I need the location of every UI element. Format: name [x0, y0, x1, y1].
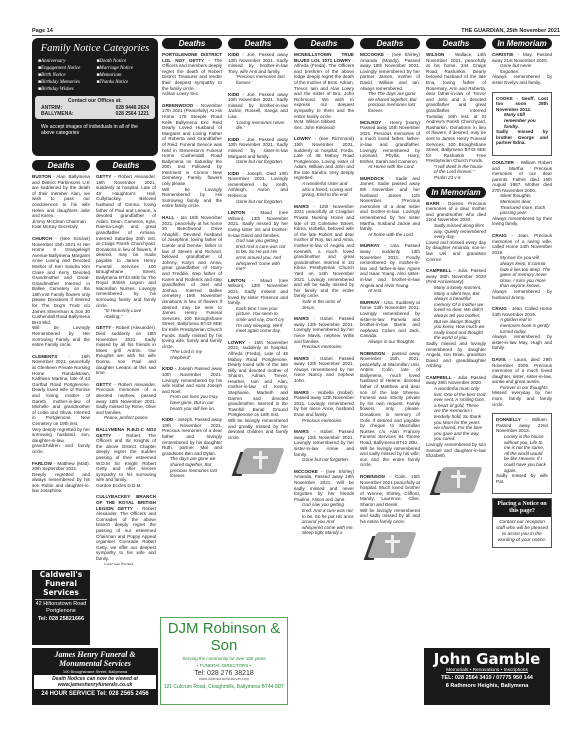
james-henry-ad: James Henry Funeral & Monumental Service…: [32, 648, 158, 705]
notice-name: CRAIG: [492, 306, 507, 311]
category-item: Birthday Memories: [38, 79, 97, 86]
notice-verse: Lest we forget.: [96, 562, 156, 565]
placing-body: Contact our reception staff who will be …: [493, 517, 551, 547]
notice: LINTON - Maud (nee Wilson). 13th Novembe…: [228, 278, 288, 334]
notice-name: GETTY: [96, 382, 111, 387]
section-header-deaths: Deaths: [360, 38, 420, 49]
notice-name: MAIRS: [294, 356, 309, 361]
notice-signoff: Always remembered by sister-in-law May, …: [492, 334, 552, 351]
notice-name: CHRISTIE: [492, 52, 513, 57]
notice: MURRAY - Una. Passed away suddenly 13th …: [360, 243, 420, 293]
notice-signoff: Gordon Eccles D.D.M: [96, 483, 156, 489]
notice: LOWRY - (nee Richmond) 15th November 202…: [294, 136, 354, 198]
column-3: DeathsPORTGLENONE DISTRICT LOL NO7 GETTY…: [162, 38, 222, 613]
bible-icon: [234, 446, 282, 478]
notice-verse: God saw you getting tired And a cure was…: [228, 238, 288, 272]
notice-signoff: Always remembered by their loving family…: [492, 216, 552, 227]
notice: CRAIG - Jean. Called Home 24th November …: [492, 306, 552, 351]
page-header: Page 14 THE GUARDIAN, 25th November 2021: [32, 26, 560, 36]
notice-name: MCCOOKE: [294, 469, 318, 474]
notice-text: - William Robert and Martha. Precious me…: [492, 160, 552, 193]
notice: DONNELLY - William. Passed away 22nd Nov…: [496, 417, 548, 484]
category-item: Memoriam: [97, 72, 156, 79]
ad-title: Caldwell's: [32, 570, 90, 579]
notice: GETTY - Robert Alexander. 18th November …: [96, 174, 156, 319]
notice-text: - 12th November 2021 peacefully at Craig…: [294, 204, 354, 299]
notice-name: COOKE: [496, 96, 513, 101]
section-header-deaths: Deaths: [426, 38, 486, 49]
cooke-notice-box: COOKE - Geoff. Lost too soon 28th Novemb…: [492, 92, 552, 156]
ad-title: Funeral: [32, 579, 90, 588]
notice-verse: Sadly missed along life's way, Quietly r…: [426, 223, 486, 240]
ad-title: Services: [32, 588, 90, 597]
notice: GETTY - Robert Alexander. Precious memor…: [96, 382, 156, 421]
notice-name: MCNEILLSTOWN TRUE BLUES LOL 1071 LOWRY: [294, 52, 354, 63]
notice: CULLYBACKEY BRANCH OF THE ROYAL BRITISH …: [96, 494, 156, 565]
notice: FARLOW - Matthew (Matt). 20th September …: [32, 461, 90, 495]
column-1: DeathsBUSTON - Alan. Ballymena and Distr…: [32, 160, 90, 565]
notice-name: HALL: [162, 215, 174, 220]
notice-verse: 'Precious memories last forever.': [228, 74, 288, 85]
notice: BUSTON - Alan. Ballymena and District Pa…: [32, 174, 90, 230]
notice-text: - (nee Richmond) 15th November 2021, sud…: [294, 136, 354, 180]
ad-phone: Tel: 028 276 38218: [163, 670, 285, 677]
bible-icon: [432, 465, 480, 497]
notice-name: KIDD: [228, 52, 239, 57]
notice-name: CHURCH: [32, 236, 52, 241]
notice-verse: Safe in the arms of Jesus.: [294, 299, 354, 310]
notice: KIDD - Joe. Passed away 10th November 20…: [228, 137, 288, 165]
notice: KIDD - Joseph Passed away 10th November …: [162, 366, 222, 411]
notice: ROBINSON - Colin. 15th November 2021 pea…: [360, 474, 420, 524]
notice-name: MAIRS: [294, 204, 309, 209]
categories-title: Family Notice Categories: [35, 43, 155, 54]
notice-verse: Precious memories.: [294, 344, 354, 350]
notice: MAIRS - 12th November 2021 peacefully at…: [294, 204, 354, 310]
notice-text: - Una. Suddenly at home 13th November 20…: [360, 300, 420, 339]
notice-name: CRAIG: [492, 233, 507, 238]
notice-signoff: Always remembered by husband Jimmy.: [492, 289, 552, 300]
notice-signoff: Sadly missed and lovingly remembered by …: [426, 341, 486, 369]
notice-name: CLEMENTS: [32, 354, 57, 359]
notice-text: - Una. Passed away suddenly 13th Novembe…: [360, 243, 420, 287]
notice-name: WILSON: [426, 52, 444, 57]
category-item: Marriage Notice: [97, 65, 156, 72]
notice: KIDD - Joe. Passed away 10th November 20…: [228, 52, 288, 86]
notice-verse: Gone but never forgotten.: [492, 63, 552, 74]
notice: MAIRS - Isobella (Isobel). Passed away 1…: [294, 390, 354, 424]
notice-name: GREENWOOD: [162, 103, 193, 108]
column-7: DeathsWILSON - Wallace, 14th November 20…: [426, 38, 486, 643]
notice-verse: The days are gone we shared together, Bu…: [162, 456, 222, 478]
section-header-memoriam: In Memoriam: [492, 38, 552, 49]
donnelly-notice-box: DONNELLY - William. Passed away 22nd Nov…: [492, 413, 552, 494]
category-item: Anniversary: [38, 58, 97, 65]
notice: MAIRS - Isobel. Passed away 12th Novembe…: [294, 429, 354, 463]
notice: MURRAY - Una. Suddenly at home 13th Nove…: [360, 300, 420, 345]
notice: MCCOOKE - (nee Shirley) Amanda (Mandy). …: [360, 52, 420, 114]
ad-title: James Henry Funeral & Monumental Service…: [34, 650, 156, 668]
notice-name: FARLOW: [32, 461, 52, 466]
ad-address: 8 Rathmore Heights, Ballymena: [426, 683, 548, 689]
notice: BALLYMENA R.B.D.C NO2 GETTY - Robert. Th…: [96, 427, 156, 489]
caldwells-ad: Caldwell's Funeral Services 42 Hiltonsto…: [32, 570, 90, 645]
notice: COOKE - Geoff. Lost too soon 28th Novemb…: [496, 96, 548, 146]
placing-title: Placing a Notice on this page?: [493, 499, 551, 517]
notice-text: - passed away November 15th, 2021, peace…: [360, 351, 420, 446]
notice: LOWRY - 15th November 2021, suddenly at …: [228, 340, 288, 441]
category-item: Birth Notice: [38, 72, 97, 79]
ad-phone: 24 HOUR SERVICE Tel: 028 2565 2456: [34, 691, 156, 697]
notice: KIDD - Joseph. Passed away 10th November…: [162, 417, 222, 479]
notice-name: DAVIS: [492, 357, 506, 362]
notice: GREENWOOD - November 17th 2021 (Peaceful…: [162, 103, 222, 209]
notice-signoff: Will be Lovingly Remembered by His Sorro…: [162, 187, 222, 209]
category-item: Birthday Wishes: [38, 86, 97, 93]
notice-signoff: Jimmy McClean Chairman Kate McKay Secret…: [32, 219, 90, 230]
notice-name: MAIRS: [294, 316, 309, 321]
notice-text: - The Officers and members deeply regret…: [162, 58, 222, 91]
notice-signoff: Sadly missed by brother George and partn…: [496, 129, 548, 146]
images-note: We accept images of individuals in all o…: [35, 122, 155, 138]
notice: PORTGLENONE DISTRICT LOL NO7 GETTY - The…: [162, 52, 222, 97]
notice: LINTON - Maud (nee Wilson). 13th Novembe…: [228, 210, 288, 272]
notice-signoff: Adrian Lowry Sec.: [162, 91, 222, 97]
notice: CHRISTIE - May. Passed away 21st Novembe…: [492, 52, 552, 86]
notice-verse: Many a lonely moment, Many a silent tear…: [426, 285, 486, 341]
notice-name: LINTON: [228, 278, 245, 283]
column-2: DeathsGETTY - Robert Alexander. 18th Nov…: [96, 160, 156, 565]
notice-name: ROBINSON: [360, 474, 385, 479]
category-item: Engagement Notice: [38, 65, 97, 72]
notice-verse: At rest.: [360, 288, 420, 294]
notice-verse: At Home with the Lord.: [360, 164, 420, 170]
notice: BARR - Doreen. Precious memories of a de…: [426, 201, 486, 263]
office-tel: 028 2564 1221: [116, 111, 149, 117]
notice-name: KIDD: [162, 366, 173, 371]
notice-text: - (Nee Sinclair) November 15th 2021 At H…: [32, 236, 90, 325]
masthead-date: THE GUARDIAN, 25th November 2021: [461, 28, 560, 34]
notice-signoff: Missed everyday by her mum, family and f…: [492, 390, 552, 407]
notice: KIDD - Joseph. Died 10th November 2021. …: [228, 171, 288, 205]
notice-name: CAMPBELL: [426, 375, 452, 380]
ad-address: 100 Broughshane Street, Ballymena: [34, 669, 156, 674]
notice-name: GETTY: [96, 325, 111, 330]
notice-verse: Always in our thoughts.: [360, 339, 420, 345]
notice-verse: God saw you getting tired. And a cure wa…: [294, 502, 354, 536]
office-name: BALLYMENA:: [41, 111, 74, 117]
notice-text: - 15th November 2021, suddenly at hospit…: [228, 340, 288, 418]
notice-verse: "The Lord is my shepherd": [162, 349, 222, 360]
notice: MURDOCK - Sadie and James. Sadie passed …: [360, 176, 420, 238]
notice: CAMPBELL - Julia. Passed away 28th Novem…: [426, 268, 486, 369]
notice-text: - Wallace, 14th November 2021, peacefull…: [426, 52, 486, 163]
notice-text: - Robert (Alexander). Died suddenly on 1…: [96, 325, 156, 375]
notice-name: MCILROY: [360, 120, 381, 125]
notice-text: - Robert Alexander. 18th November 2021, …: [96, 174, 156, 308]
notice-name: LOWRY: [228, 340, 245, 345]
notice: KIDD - Joe. Passed away 10th November 20…: [228, 92, 288, 131]
notice-verse: 'Loving memories never die.': [228, 120, 288, 131]
ad-website[interactable]: Death Notices can now be viewed at www.j…: [34, 675, 156, 689]
category-list: Anniversary Death Notice Engagement Noti…: [35, 58, 155, 93]
notice-text: - Robert. The Officers and Sir Knights o…: [96, 433, 156, 483]
ad-address: 42 Hiltonstown Road Portglenone: [35, 599, 87, 614]
notice-text: - Colin. 15th November 2021 peacefully a…: [360, 474, 420, 507]
notice-text: - Ian 16th November 2021, peacefully at …: [162, 215, 222, 349]
notice-name: LOWRY: [294, 136, 311, 141]
column-6: DeathsMCCOOKE - (nee Shirley) Amanda (Ma…: [360, 38, 420, 703]
notice-text: - (nee Shirley) Amanda (Mandy). Passed a…: [360, 52, 420, 91]
notice-text: - Henry (Harry) Passed away 15th Novembe…: [360, 120, 420, 164]
column-4: DeathsKIDD - Joe. Passed away 10th Novem…: [228, 38, 288, 703]
notice: MAIRS - Isobel. Passed away 12th Novembe…: [294, 316, 354, 350]
notice-name: ROBINSON: [360, 351, 385, 356]
notice: WILSON - Wallace, 14th November 2021, pe…: [426, 52, 486, 181]
notice-name: MURDOCK: [360, 176, 384, 181]
notice-name: MCCOOKE: [360, 52, 384, 57]
section-header-memoriam: In Memoriam: [426, 187, 486, 198]
notice: MAIRS - Isobel. Passed away 12th Novembe…: [294, 356, 354, 384]
notice-text: - (nee Shirley) Amanda. Passed away 18th…: [294, 469, 354, 502]
notice-text: - Joseph. Passed away 10th November 2021…: [162, 417, 222, 456]
notice-name: DONNELLY: [496, 417, 521, 422]
ad-subtitle: Memorials • Renovations • Inscriptions: [426, 668, 548, 673]
notice-name: BUSTON: [32, 174, 51, 179]
notice-text: - Robert Alexander. The Officers and Com…: [96, 506, 156, 561]
category-item: Death Notice: [97, 58, 156, 65]
notice-verse: Many still remember you fondly.: [496, 112, 548, 129]
ad-phone: TEL: 028 2564 3419 / 07775 950 144: [426, 675, 548, 681]
notice-verse: Peace, perfect peace.: [96, 415, 156, 421]
office-ballymena: BALLYMENA:028 2564 1221: [41, 111, 149, 117]
notice-verse: A wonderful mum only lent, One of the be…: [426, 386, 486, 442]
notice-name: BARR: [426, 201, 439, 206]
notice-signoff: Deeply regretted and always remembered b…: [32, 472, 90, 494]
notice-signoff: Loved and missed every day by daughter A…: [426, 240, 486, 262]
section-header-deaths: Deaths: [228, 38, 288, 49]
notice: COULTER - William Robert and Martha. Pre…: [492, 160, 552, 227]
notice: CHURCH - (Nee Sinclair) November 15th 20…: [32, 236, 90, 348]
notice-verse: A golden leaf in memories book is gently…: [492, 317, 552, 334]
notice-verse: My love for you will always keep, It can…: [492, 255, 552, 289]
notice-verse: Gone but not forgotten.: [228, 199, 288, 205]
notice-text: - Alfreda (Freda). The Officers and bret…: [294, 58, 354, 119]
ad-subtitle: • FUNERAL DIRECTORS •: [163, 663, 285, 668]
notice-name: MAIRS: [294, 429, 309, 434]
notice-verse: Gone but not forgotten.: [294, 457, 354, 463]
notice-name: KIDD: [228, 92, 239, 97]
notice-name: MURRAY: [360, 243, 380, 248]
notice-name: KIDD: [228, 137, 239, 142]
section-header-deaths: Deaths: [294, 38, 354, 49]
notice-verse: Silent thoughts, Memories dear, Treasure…: [492, 193, 552, 215]
placing-notice-box: Placing a Notice on this page?Contact ou…: [492, 498, 552, 548]
notice-signoff: Always remembered by sister Evelyn and f…: [492, 74, 552, 85]
djm-robinson-ad: DJM Robinson & Son Serving the community…: [160, 617, 288, 705]
notice-signoff: Will be Lovingly Remembered by Her Sorro…: [32, 325, 90, 347]
ad-phone: Tel: 028 25821666: [32, 616, 90, 622]
notice-text: - November 17th 2021 (Peacefully) At His…: [162, 103, 222, 186]
notice-name: LINTON: [228, 210, 245, 215]
notice-verse: At home with the Lord.: [360, 232, 420, 238]
ad-website[interactable]: www.robinsonsofculcrum.com: [163, 677, 285, 681]
notice-name: CAMPBELL: [426, 268, 452, 273]
section-header-deaths: Deaths: [162, 38, 222, 49]
notice-verse: A wonderful sister and also a friend, Lo…: [294, 181, 354, 198]
notice-name: GETTY: [96, 174, 111, 179]
ad-title: DJM Robinson & Son: [163, 620, 285, 654]
notice: ROBINSON - passed away November 15th, 20…: [360, 351, 420, 468]
notice-name: COULTER: [492, 160, 514, 165]
notice-text: - Alan. Ballymena and District Parkinson…: [32, 174, 90, 218]
notice-verse: Gone but not forgotten.: [228, 159, 288, 165]
notice-signoff: Lovingly remembered by son Samuel and da…: [426, 442, 486, 459]
page-number: Page 14: [32, 28, 53, 34]
notice-signoff: Will be lovingly remembered and greatly …: [228, 418, 288, 440]
notice-name: MAIRS: [294, 390, 309, 395]
notice-verse: Lonely is the house without you, Life to…: [496, 434, 548, 473]
notice: GETTY - Robert (Alexander). Died suddenl…: [96, 325, 156, 375]
notice-verse: Precious memories.: [294, 418, 354, 424]
column-8: In MemoriamCHRISTIE - May. Passed away 2…: [492, 38, 552, 643]
notice-signoff: Very deeply regretted by her sorrowing h…: [32, 427, 90, 455]
notice-text: - Robert Alexander. Precious memories of…: [96, 382, 156, 415]
notice-verse: From our lives you may have gone. But in…: [162, 394, 222, 411]
notice-verse: "I will dwell in the house of the Lord f…: [426, 164, 486, 181]
notice: MCCOOKE - (nee Shirley) Amanda. Passed a…: [294, 469, 354, 536]
notice-signoff: Will be lovingly remembered and sadly mi…: [360, 446, 420, 468]
notice: CAMPBELL - Julia. Passed away 28th Novem…: [426, 375, 486, 459]
john-gamble-ad: John Gamble Memorials • Renovations • In…: [424, 648, 550, 705]
notice-verse: Each time I see your picture. You seem t…: [228, 306, 288, 334]
ad-title: John Gamble: [426, 650, 548, 668]
section-header-deaths: Deaths: [96, 160, 156, 171]
notice: MCNEILLSTOWN TRUE BLUES LOL 1071 LOWRY -…: [294, 52, 354, 130]
notice-name: KIDD: [162, 417, 173, 422]
family-notice-categories: Family Notice Categories Anniversary Dea…: [32, 38, 158, 156]
notice-signoff: Sadly missed by wife Pat.: [496, 473, 548, 484]
notice-signoff: Will be lovingly remembered and sadly mi…: [360, 508, 420, 525]
contact-title: Contact our Offices at:: [41, 98, 149, 104]
notice-signoff: W.M. Wilson Sibbett Sec. John Kirkwood: [294, 119, 354, 130]
notice-verse: "In Heavenly Love Abiding.": [96, 308, 156, 319]
ad-tagline: Serving the community for over 150 years: [163, 656, 285, 661]
notice: MCILROY - Henry (Harry) Passed away 15th…: [360, 120, 420, 170]
contact-offices: Contact our Offices at: ANTRIM:028 9446 …: [35, 96, 155, 119]
notice: DAVIS - Laura, died 29th November 2005. …: [492, 357, 552, 407]
notice-name: KIDD: [228, 171, 239, 176]
category-item: Thanks Notice: [97, 79, 156, 86]
notice-verse: The The days are gone we shared together…: [360, 91, 420, 113]
ad-address: 121 Culcrum Road, Cloughmills, Ballymena…: [163, 684, 285, 690]
bible-icon: [366, 530, 414, 562]
notice-text: - Sadie and James. Sadie passed away 8th…: [360, 176, 420, 231]
section-header-deaths: Deaths: [32, 160, 90, 171]
notice: CRAIG - Jean. Precious memories of a lov…: [492, 233, 552, 300]
notice: CLEMENTS - 16th November 2021, peacefull…: [32, 354, 90, 455]
notice: HALL - Ian 16th November 2021, peacefull…: [162, 215, 222, 360]
notice-name: MURRAY: [360, 300, 380, 305]
column-5: DeathsMCNEILLSTOWN TRUE BLUES LOL 1071 L…: [294, 38, 354, 703]
notice-text: - 16th November 2021, peacefully at Glen…: [32, 354, 90, 426]
